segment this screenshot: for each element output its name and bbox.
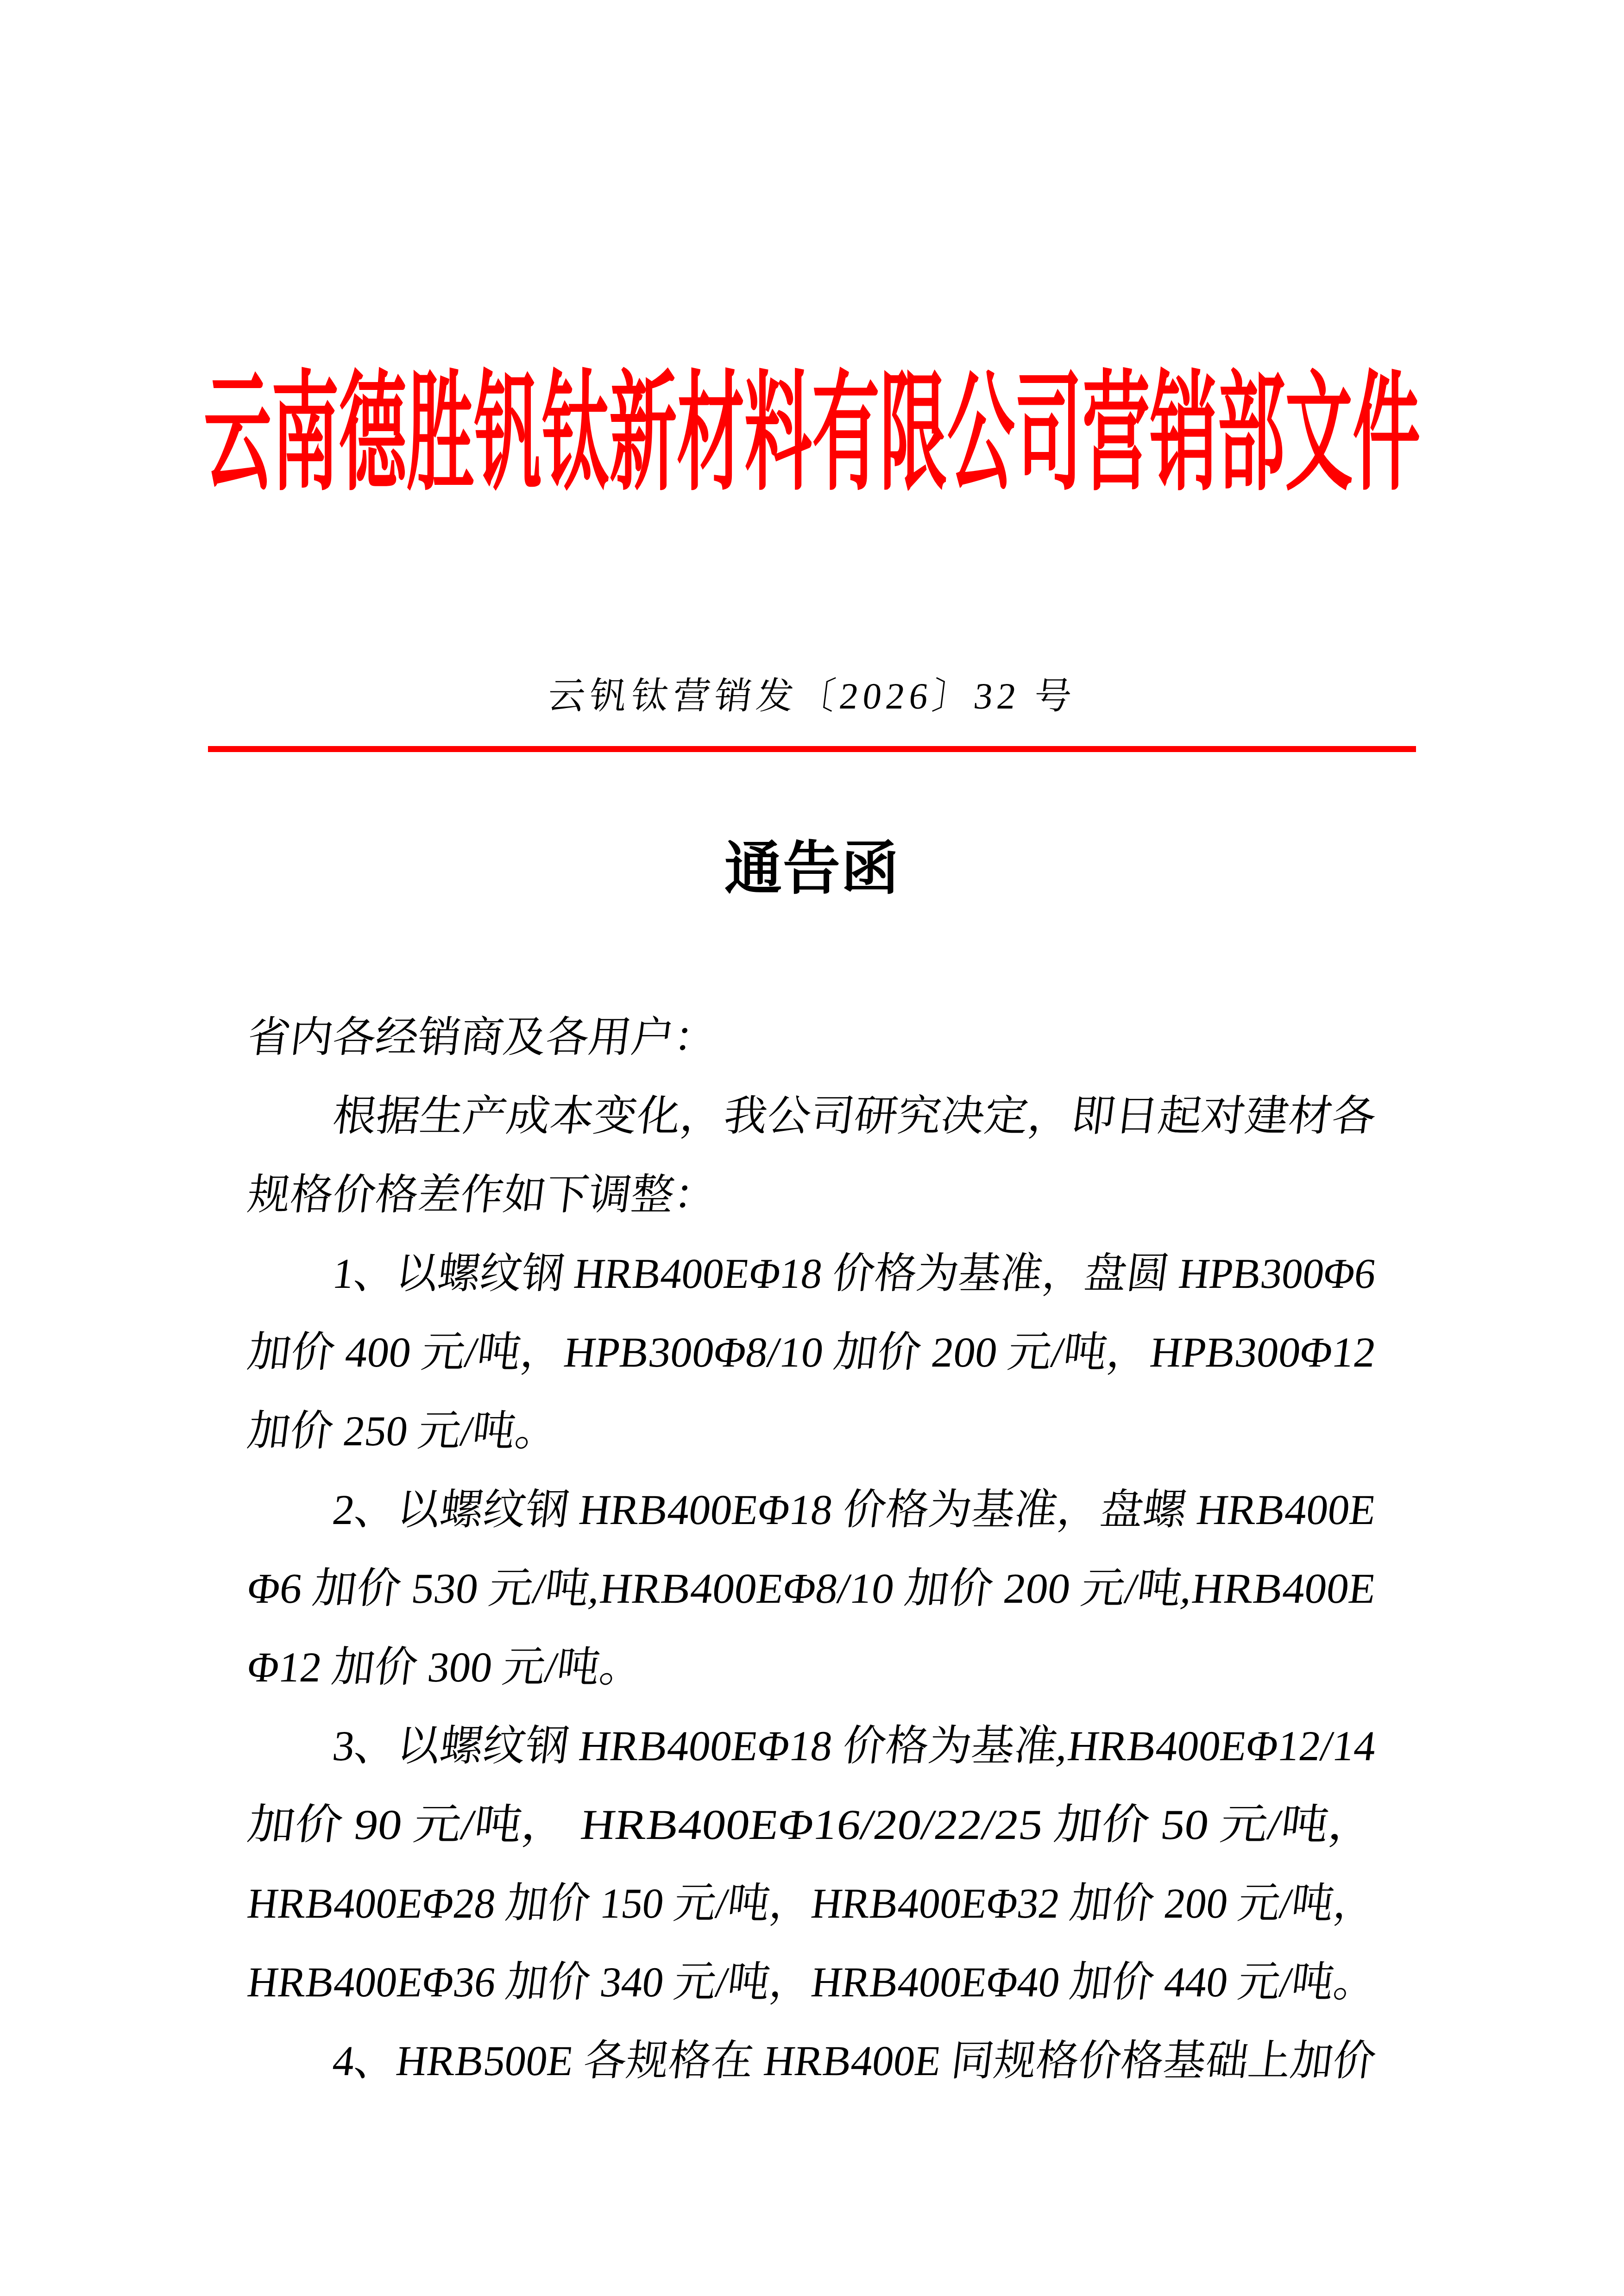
body-line: 规格价格差作如下调整： xyxy=(248,1155,1376,1234)
document-title-text: 通告函 xyxy=(724,837,900,901)
doc-number: 云钒钛营销发〔2026〕32 号 xyxy=(0,671,1624,722)
body-line: HRB400EΦ36 加价 340 元/吨，HRB400EΦ40 加价 440 … xyxy=(248,1943,1376,2021)
body-line: 3、以螺纹钢 HRB400EΦ18 价格为基准,HRB400EΦ12/14 xyxy=(248,1706,1376,1785)
org-header-title: 云南德胜钒钛新材料有限公司营销部文件 xyxy=(0,397,1624,473)
document-title: 通告函 xyxy=(0,838,1624,900)
body-line: 1、以螺纹钢 HRB400EΦ18 价格为基准，盘圆 HPB300Φ6 xyxy=(248,1234,1376,1313)
body-line: 加价 250 元/吨。 xyxy=(248,1392,1376,1470)
body-line: Φ12 加价 300 元/吨。 xyxy=(248,1628,1376,1706)
org-header-title-text: 云南德胜钒钛新材料有限公司营销部文件 xyxy=(204,371,1420,500)
doc-number-text: 云钒钛营销发〔2026〕32 号 xyxy=(545,671,1079,722)
body-line: 加价 400 元/吨，HPB300Φ8/10 加价 200 元/吨，HPB300… xyxy=(248,1313,1376,1392)
red-divider-line xyxy=(208,746,1416,752)
body-line: Φ6 加价 530 元/吨,HRB400EΦ8/10 加价 200 元/吨,HR… xyxy=(248,1549,1376,1628)
body-line: 根据生产成本变化，我公司研究决定，即日起对建材各 xyxy=(248,1077,1376,1155)
body-line: 加价 90 元/吨， HRB400EΦ16/20/22/25 加价 50 元/吨… xyxy=(248,1785,1376,1864)
document-body: 省内各经销商及各用户：根据生产成本变化，我公司研究决定，即日起对建材各规格价格差… xyxy=(248,998,1376,2100)
document-page: { "page": { "background": "#ffffff", "ac… xyxy=(0,0,1624,2296)
body-line: 4、HRB500E 各规格在 HRB400E 同规格价格基础上加价 xyxy=(248,2021,1376,2100)
body-line: 2、以螺纹钢 HRB400EΦ18 价格为基准，盘螺 HRB400E xyxy=(248,1470,1376,1549)
body-line: 省内各经销商及各用户： xyxy=(248,998,1376,1077)
body-line: HRB400EΦ28 加价 150 元/吨，HRB400EΦ32 加价 200 … xyxy=(248,1864,1376,1943)
